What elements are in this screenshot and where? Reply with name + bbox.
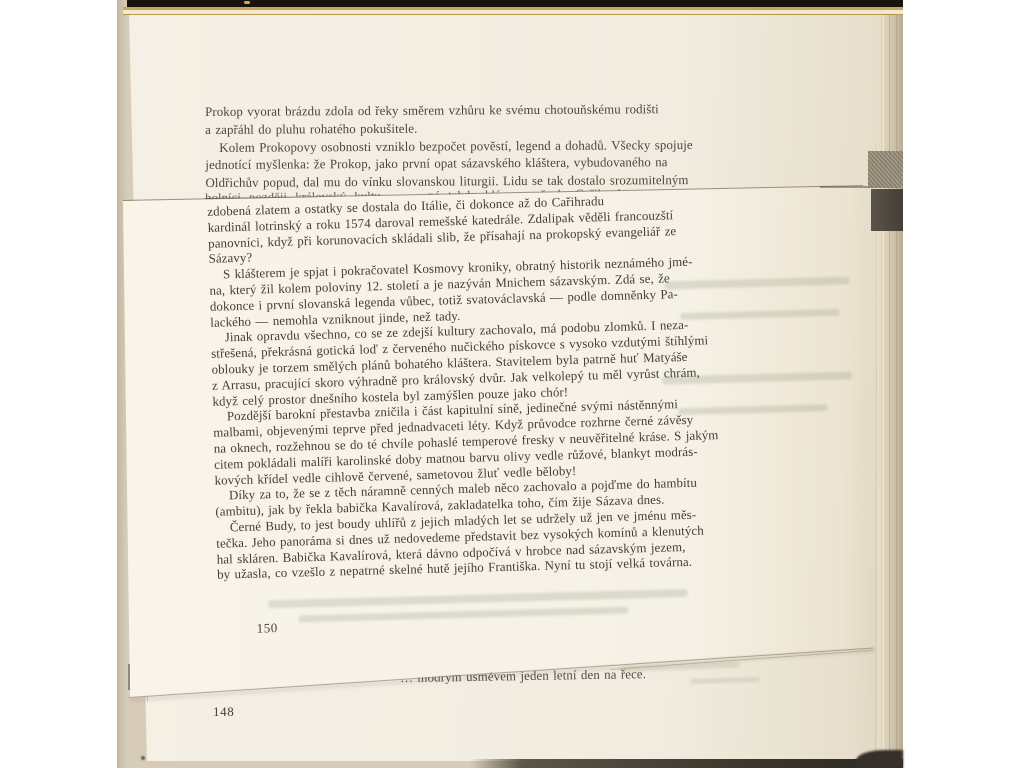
- page-edge-tick: [128, 664, 130, 690]
- photo-fragment-grainy: [868, 151, 903, 188]
- page-150-loose-sheet: zdobená zlatem a ostatky se dostala do I…: [117, 176, 877, 704]
- ghost-text-line: [268, 589, 688, 608]
- book-bottom-shadow: [470, 759, 903, 768]
- gilt-line: [123, 14, 903, 16]
- page-number-148: 148: [213, 704, 234, 720]
- bottom-corner-shadow: [856, 750, 903, 768]
- gilt-fleck: [244, 1, 250, 4]
- page-148-body-text: Prokop vyorat brázdu zdola od řeky směre…: [205, 101, 774, 193]
- photo-fragment-dark: [871, 189, 903, 231]
- page-150-body-text: zdobená zlatem a ostatky se dostala do I…: [207, 190, 777, 584]
- dust-speck: [141, 756, 145, 760]
- page-stack-streak: [896, 0, 897, 768]
- page-150-content: zdobená zlatem a ostatky se dostala do I…: [116, 156, 890, 704]
- ghost-text-line: [298, 607, 628, 623]
- page-stack-streak: [883, 0, 884, 768]
- page-stack-streak: [889, 0, 890, 768]
- page-number-150: 150: [256, 620, 278, 637]
- scanned-book-photo: { "palette": { "paper_under": "#f2eee3",…: [0, 0, 1024, 768]
- page-stack-edge: [877, 0, 903, 768]
